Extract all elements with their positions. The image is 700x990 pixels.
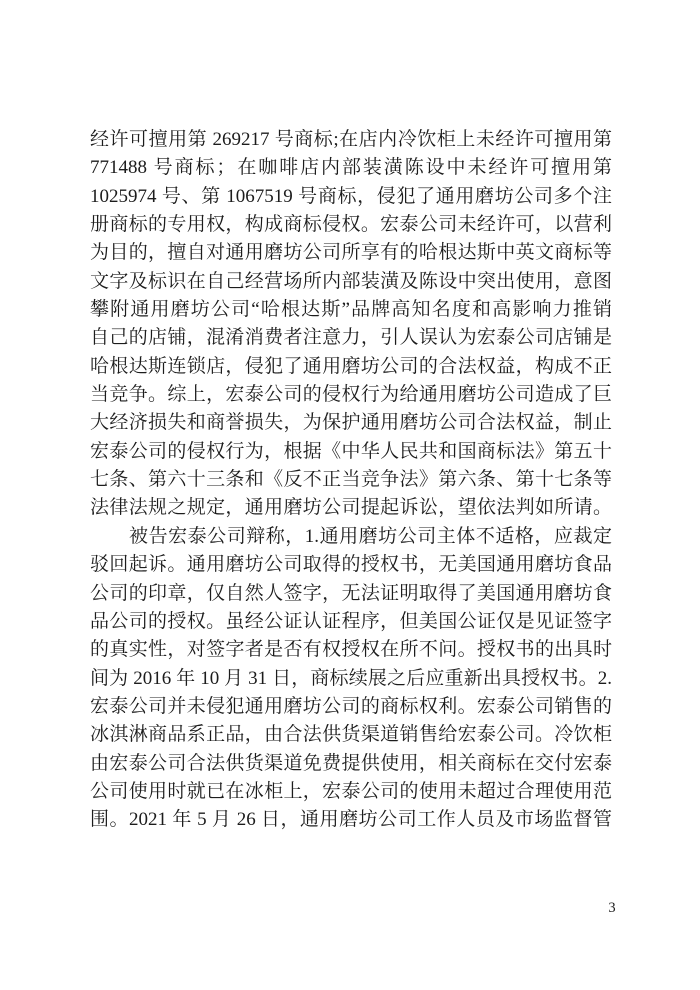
text-line: 宏泰公司的侵权行为，根据《中华人民共和国商标法》第五十	[90, 438, 612, 466]
text-line: 法律法规之规定，通用磨坊公司提起诉讼，望依法判如所请。	[90, 494, 612, 522]
text-line: 册商标的专用权，构成商标侵权。宏泰公司未经许可，以营利	[90, 211, 612, 239]
text-line: 由宏泰公司合法供货渠道免费提供使用，相关商标在交付宏泰	[90, 750, 612, 778]
text-line: 哈根达斯连锁店，侵犯了通用磨坊公司的合法权益，构成不正	[90, 353, 612, 381]
text-line: 大经济损失和商誉损失，为保护通用磨坊公司合法权益，制止	[90, 409, 612, 437]
text-line: 公司的印章，仅自然人签字，无法证明取得了美国通用磨坊食	[90, 580, 612, 608]
text-line: 771488 号商标；在咖啡店内部装潢陈设中未经许可擅用第	[90, 154, 612, 182]
text-line: 围。2021 年 5 月 26 日，通用磨坊公司工作人员及市场监督管	[90, 806, 612, 834]
text-line: 间为 2016 年 10 月 31 日，商标续展之后应重新出具授权书。2.	[90, 665, 612, 693]
text-line: 的真实性，对签字者是否有权授权在所不问。授权书的出具时	[90, 636, 612, 664]
text-line: 公司使用时就已在冰柜上，宏泰公司的使用未超过合理使用范	[90, 778, 612, 806]
document-page: 经许可擅用第 269217 号商标;在店内冷饮柜上未经许可擅用第771488 号…	[0, 0, 700, 990]
text-line: 为目的，擅自对通用磨坊公司所享有的哈根达斯中英文商标等	[90, 239, 612, 267]
text-line: 品公司的授权。虽经公证认证程序，但美国公证仅是见证签字	[90, 608, 612, 636]
text-line: 被告宏泰公司辩称，1.通用磨坊公司主体不适格，应裁定	[90, 523, 612, 551]
text-line: 驳回起诉。通用磨坊公司取得的授权书，无美国通用磨坊食品	[90, 551, 612, 579]
text-line: 当竞争。综上，宏泰公司的侵权行为给通用磨坊公司造成了巨	[90, 381, 612, 409]
text-line: 冰淇淋商品系正品，由合法供货渠道销售给宏泰公司。冷饮柜	[90, 721, 612, 749]
text-line: 1025974 号、第 1067519 号商标，侵犯了通用磨坊公司多个注	[90, 183, 612, 211]
page-number: 3	[598, 898, 626, 918]
text-line: 经许可擅用第 269217 号商标;在店内冷饮柜上未经许可擅用第	[90, 126, 612, 154]
text-line: 宏泰公司并未侵犯通用磨坊公司的商标权利。宏泰公司销售的	[90, 693, 612, 721]
text-line: 七条、第六十三条和《反不正当竞争法》第六条、第十七条等	[90, 466, 612, 494]
text-line: 自己的店铺，混淆消费者注意力，引人误认为宏泰公司店铺是	[90, 324, 612, 352]
text-line: 文字及标识在自己经营场所内部装潢及陈设中突出使用，意图	[90, 268, 612, 296]
document-body-text: 经许可擅用第 269217 号商标;在店内冷饮柜上未经许可擅用第771488 号…	[90, 126, 612, 835]
text-line: 攀附通用磨坊公司“哈根达斯”品牌高知名度和高影响力推销	[90, 296, 612, 324]
